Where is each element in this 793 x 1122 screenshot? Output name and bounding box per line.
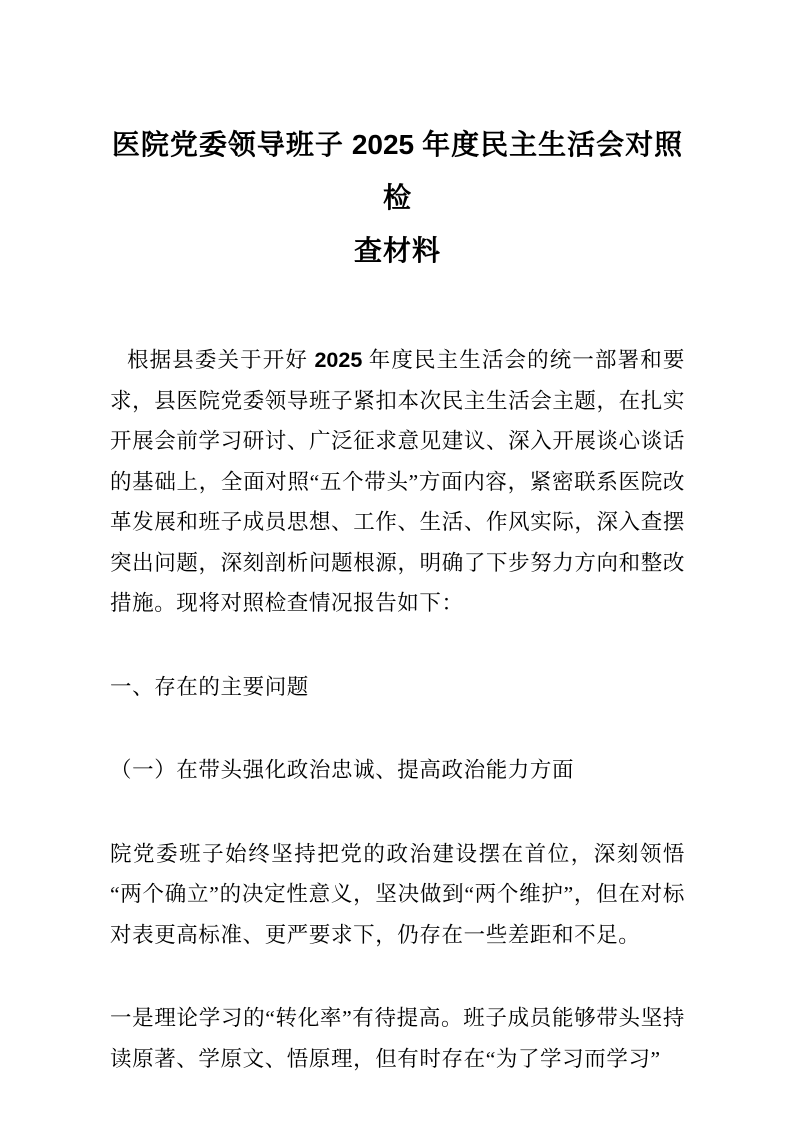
paragraph-overview: 院党委班子始终坚持把党的政治建设摆在首位，深刻领悟“两个确立”的决定性意义，坚决… (110, 834, 685, 956)
document-page: 医院党委领导班子 2025 年度民主生活会对照检 查材料 根据县委关于开好 20… (0, 0, 793, 1122)
subsection-heading-political-loyalty: （一）在带头强化政治忠诚、提高政治能力方面 (110, 750, 685, 791)
document-title: 医院党委领导班子 2025 年度民主生活会对照检 查材料 (110, 118, 685, 278)
paragraph-issue-theory-study: 一是理论学习的“转化率”有待提高。班子成员能够带头坚持读原著、学原文、悟原理，但… (110, 998, 685, 1079)
section-heading-main-problems: 一、存在的主要问题 (110, 667, 685, 708)
paragraph-intro: 根据县委关于开好 2025 年度民主生活会的统一部署和要求，县医院党委领导班子紧… (110, 340, 685, 624)
document-title-line-2: 查材料 (110, 225, 685, 278)
document-title-line-1: 医院党委领导班子 2025 年度民主生活会对照检 (110, 118, 685, 225)
